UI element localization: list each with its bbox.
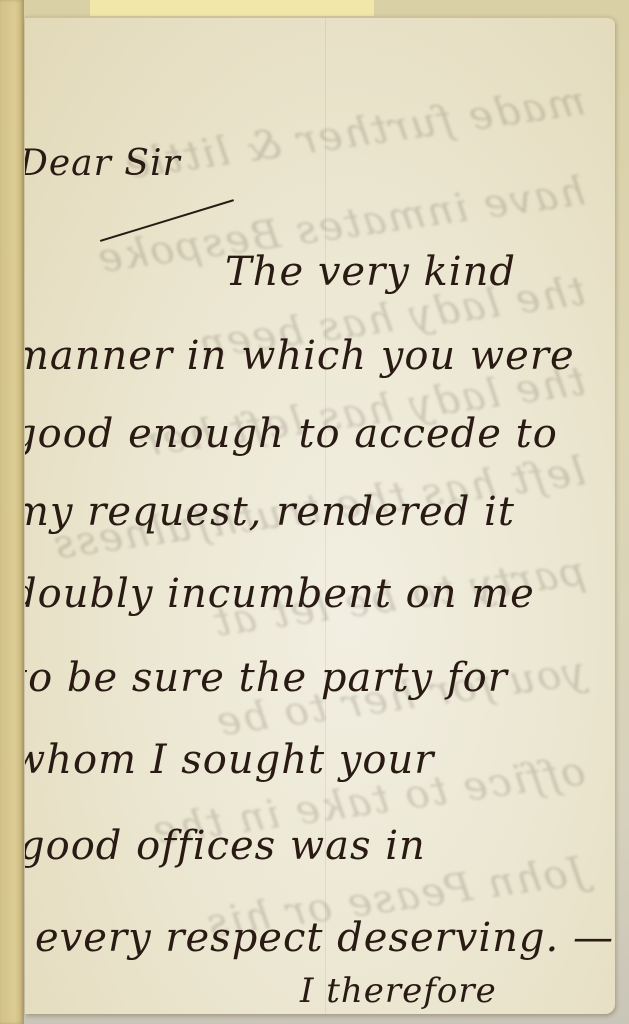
letter-line-5: doubly incumbent on me bbox=[25, 574, 535, 614]
letter-line-10: I therefore bbox=[300, 974, 497, 1008]
letter-line-8: good offices was in bbox=[25, 826, 426, 866]
letter-line-3: good enough to accede to bbox=[25, 414, 558, 454]
letter-line-6: to be sure the party for bbox=[25, 658, 508, 698]
salutation: Dear Sir bbox=[25, 146, 181, 182]
letter-line-9: every respect deserving. — bbox=[35, 918, 614, 958]
facing-page-edge bbox=[0, 0, 24, 1024]
letter-line-4: my request, rendered it bbox=[25, 492, 515, 532]
letter-line-7: whom I sought your bbox=[25, 740, 434, 780]
letter-line-1: The very kind bbox=[225, 252, 516, 292]
bleed-line: made further & little bbox=[121, 78, 588, 188]
salutation-flourish bbox=[100, 199, 234, 242]
letter-line-2: manner in which you were bbox=[25, 336, 575, 376]
letter-page: made further & little have inmates Bespo… bbox=[25, 16, 615, 1014]
